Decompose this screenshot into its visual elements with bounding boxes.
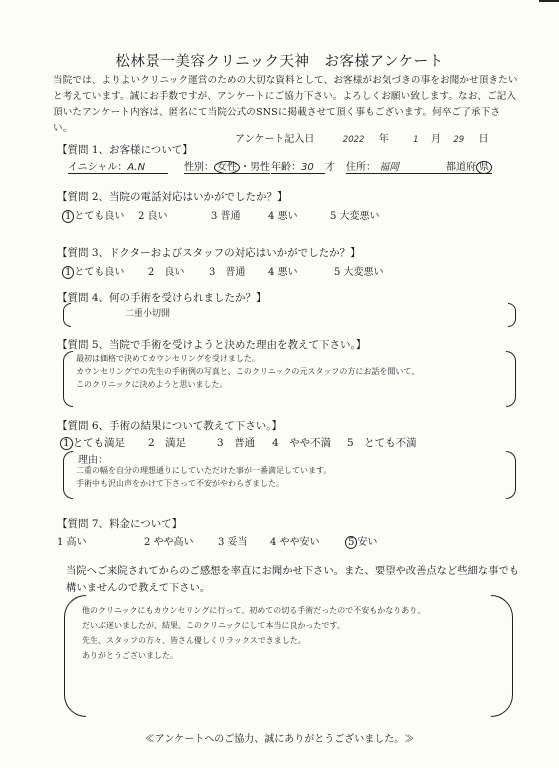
q3-option-3[interactable]: 3 普通 bbox=[209, 263, 245, 278]
address-label: 住所： bbox=[346, 162, 376, 173]
q2-selected-marker: 1 bbox=[62, 210, 74, 223]
q3-option-5[interactable]: 5 大変悪い bbox=[334, 263, 384, 278]
q7-option-4[interactable]: 4 やや安い bbox=[270, 533, 320, 548]
scan-edge-mark bbox=[539, 0, 559, 2]
q5-bracket-left bbox=[63, 351, 73, 407]
prefecture-field: 都道府県 bbox=[446, 158, 492, 174]
date-day-unit: 日 bbox=[479, 134, 489, 145]
date-label: アンケート記入日 bbox=[235, 134, 314, 145]
prefecture-suffix: 都道府 bbox=[446, 162, 476, 173]
age-input[interactable]: 年齢：30 bbox=[271, 158, 325, 174]
gender-label: 性別： bbox=[184, 162, 214, 173]
q6-option-2[interactable]: 2 満足 bbox=[148, 435, 186, 450]
q2-option-1[interactable]: 1とても良い bbox=[62, 207, 124, 223]
q7-selected-marker: 5 bbox=[345, 536, 357, 549]
gender-male-option[interactable]: 男性 bbox=[250, 162, 270, 173]
q6-bracket-right bbox=[506, 451, 516, 499]
initial-value: A.N bbox=[127, 162, 145, 173]
q6-option-1-label: とても満足 bbox=[73, 437, 126, 449]
q4-bracket-left bbox=[63, 303, 71, 327]
footer-thanks: ≪アンケートへのご協力、誠にありがとうございました。≫ bbox=[0, 730, 559, 745]
q4-heading: 【質問 4、何の手術を受けられましたか？】 bbox=[57, 290, 267, 305]
gender-sep: ・ bbox=[240, 162, 250, 173]
q4-answer[interactable]: 二重小切開 bbox=[125, 308, 170, 321]
page-title: 松林景一美容クリニック天神 お客様アンケート bbox=[0, 50, 559, 71]
survey-date: アンケート記入日 2022 年 1 月 29 日 bbox=[235, 130, 489, 145]
q7-option-1[interactable]: 1 高い bbox=[57, 533, 87, 548]
date-day[interactable]: 29 bbox=[453, 135, 464, 145]
q7-option-5-label: 安い bbox=[357, 537, 377, 548]
address-input[interactable]: 住所： 福岡 bbox=[346, 158, 446, 174]
date-month[interactable]: 1 bbox=[413, 135, 418, 145]
q1-initial-field: イニシャル：A.N bbox=[68, 158, 168, 174]
comments-bracket-right bbox=[491, 595, 513, 717]
age-label: 年齢： bbox=[271, 162, 301, 173]
prefecture-option-ken[interactable]: 県 bbox=[476, 161, 492, 174]
age-unit: 才 bbox=[325, 162, 335, 173]
q3-heading: 【質問 3、ドクターおよびスタッフの対応はいかがでしたか？】 bbox=[57, 245, 361, 260]
age-field: 年齢：30才 bbox=[271, 158, 335, 174]
q6-reason-line: 手術中も沢山声をかけて下さって不安がやわらぎました。 bbox=[76, 477, 331, 490]
q5-answer-line: 最初は価格で決めてカウンセリングを受けました。 bbox=[76, 352, 419, 365]
gender-field: 性別：女性・男性 bbox=[184, 158, 270, 174]
date-year[interactable]: 2022 bbox=[343, 135, 365, 145]
intro-text: 当院では、よりよいクリニック運営のための大切な資料として、お客様がお気づきの事を… bbox=[53, 73, 518, 137]
q7-heading: 【質問 7、料金について】 bbox=[57, 516, 182, 531]
q6-selected-marker: 1 bbox=[60, 437, 73, 450]
comments-answer[interactable]: 他のクリニックにもカウンセリングに行って、初めての切る手術だったので不安もかなり… bbox=[82, 603, 425, 663]
initial-field[interactable]: イニシャル：A.N bbox=[68, 158, 168, 174]
gender-female-option[interactable]: 女性 bbox=[214, 161, 240, 174]
q2-option-1-label: とても良い bbox=[74, 211, 124, 222]
q2-option-2[interactable]: 2 良い bbox=[138, 207, 168, 222]
q6-bracket-left bbox=[63, 451, 73, 499]
q5-answer-line: カウンセリングでの先生の手術例の写真と、このクリニックの元スタッフの方にお話を聞… bbox=[76, 365, 419, 378]
q6-option-1[interactable]: 1とても満足 bbox=[60, 435, 125, 450]
q6-heading: 【質問 6、手術の結果について教えて下さい。】 bbox=[57, 418, 282, 433]
q6-option-5[interactable]: 5 とても不満 bbox=[347, 435, 417, 450]
q5-answer-line: このクリニックに決めようと思いました。 bbox=[76, 378, 419, 391]
q6-option-3[interactable]: 3 普通 bbox=[217, 435, 255, 450]
q3-selected-marker: 1 bbox=[62, 266, 74, 279]
comments-prompt-line: 当院へご来院されてからのご感想を率直にお聞かせ下さい。また、要望や改善点など些細… bbox=[66, 563, 519, 580]
q7-option-5[interactable]: 5安い bbox=[345, 533, 377, 549]
q1-heading: 【質問 1、お客様について】 bbox=[57, 142, 193, 157]
comments-answer-line: 先生、スタッフの方々、皆さん優しくリラックスできました。 bbox=[82, 633, 425, 648]
comments-prompt-line: 構いませんので教えて下さい。 bbox=[66, 580, 519, 597]
address-field: 住所： 福岡 bbox=[346, 158, 446, 174]
q7-option-2[interactable]: 2 やや高い bbox=[144, 533, 194, 548]
comments-prompt: 当院へご来院されてからのご感想を率直にお聞かせ下さい。また、要望や改善点など些細… bbox=[66, 563, 519, 597]
q2-option-5[interactable]: 5 大変悪い bbox=[330, 207, 380, 222]
q3-option-2[interactable]: 2 良い bbox=[148, 263, 184, 278]
comments-answer-line: 他のクリニックにもカウンセリングに行って、初めての切る手術だったので不安もかなり… bbox=[82, 603, 425, 618]
q2-heading: 【質問 2、当院の電話対応はいかがでしたか？】 bbox=[57, 189, 288, 204]
q6-reason-line: 二重の幅を自分の理想通りにしていただけた事が一番満足しています。 bbox=[76, 464, 331, 477]
comments-answer-line: ありがとうございました。 bbox=[82, 648, 425, 663]
q2-option-3[interactable]: 3 普通 bbox=[211, 207, 241, 222]
q3-option-4[interactable]: 4 悪い bbox=[268, 263, 298, 278]
address-value: 福岡 bbox=[379, 162, 399, 173]
comments-answer-line: だいぶ迷いましたが、結果、このクリニックにして本当に良かったです。 bbox=[82, 618, 425, 633]
q2-option-4[interactable]: 4 悪い bbox=[268, 207, 298, 222]
q6-reason-answer[interactable]: 二重の幅を自分の理想通りにしていただけた事が一番満足しています。 手術中も沢山声… bbox=[76, 464, 331, 490]
q3-option-1[interactable]: 1とても良い bbox=[62, 263, 124, 279]
date-month-unit: 月 bbox=[431, 134, 441, 145]
q6-option-4[interactable]: 4 やや不満 bbox=[272, 435, 331, 450]
date-year-unit: 年 bbox=[379, 134, 389, 145]
q3-option-1-label: とても良い bbox=[74, 267, 124, 278]
age-value: 30 bbox=[301, 162, 314, 173]
q5-answer[interactable]: 最初は価格で決めてカウンセリングを受けました。 カウンセリングでの先生の手術例の… bbox=[76, 352, 419, 391]
q7-option-3[interactable]: 3 妥当 bbox=[218, 533, 248, 548]
q5-bracket-right bbox=[506, 351, 516, 407]
q4-bracket-right bbox=[508, 303, 516, 327]
initial-label: イニシャル： bbox=[68, 162, 127, 173]
q5-heading: 【質問 5、当院で手術を受けようと決めた理由を教えて下さい。】 bbox=[57, 337, 366, 352]
